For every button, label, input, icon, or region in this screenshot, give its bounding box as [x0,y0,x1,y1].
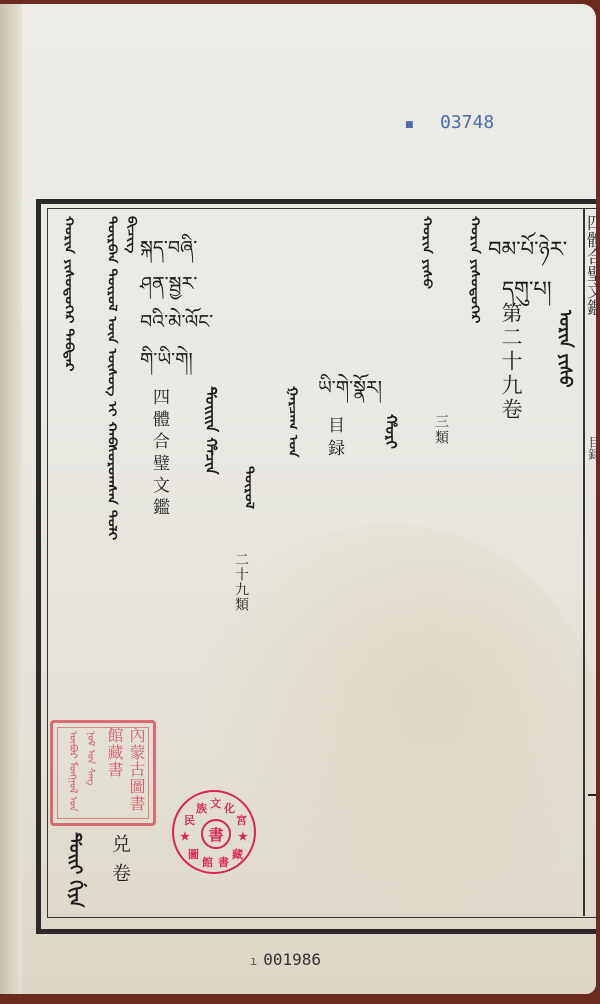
library-seal-round: 民 族 文 化 宮 ★ 藏 書 館 圖 ★ 書 [172,790,256,874]
manchu-book-title: ᡩᡠᡳᡳᠨ ᡥᠠᠴᡳᠨ [198,386,224,576]
manchu-volume-number: ᠣᠷᠢᠨ ᠶᠢᠰᠦ [550,310,580,388]
chinese-volume-label: 第二十九卷 [500,302,521,422]
serial-number-bottom: ı001986 [250,950,321,969]
chinese-contents-label: 目録 [325,416,342,462]
chinese-twenty-nine-categories: 二十九類 [234,552,248,612]
chinese-book-title: 四體合璧文鑑 [150,388,167,520]
fish-tail-page-mark [588,794,596,796]
library-seal-square: ᠥᠪᠥᠷ ᠮᠣᠩᠭᠣᠯ ᠤᠨ ᠨᠣᠮ ᠤᠨ ᠰᠠᠩ 內蒙古圖書館藏書 [50,720,156,826]
seal-chinese-text: 內蒙古圖書館藏書 [103,727,147,823]
seal-mongolian-text: ᠥᠪᠥᠷ ᠮᠣᠩᠭᠣᠯ ᠤᠨ ᠨᠣᠮ ᠤᠨ ᠰᠠᠩ [63,731,103,819]
chinese-three-categories: 三類 [434,414,448,446]
mongolian-book-title-col: ᠳᠦᠷᠪᠡᠨ ᠲᠦᠷᠦᠯ ᠦᠨ ᠦᠰᠦᠭ ᠢ ᠬᠠᠪᠰᠤᠷᠤᠭᠰᠠᠨ ᠲᠣᠯᠢ … [103,216,142,576]
chinese-end-volume: 兑卷 [110,834,129,892]
tibetan-book-title-line4: གི་ཡི་གེ། [140,338,193,392]
star-icon: ★ [238,830,248,843]
mongolian-volume-col-left: ᠬᠣᠷᠢᠨ ᠶᠢᠰᠦᠳᠦᠭᠡᠷ ᠳᠡᠪᠲᠡᠷ [59,216,79,576]
manchu-contents-label: ᡥᠣᡵᡳ [378,414,404,449]
manchu-end-volume: ᡩᡠᡳᡳ ᡤᡳᠶᠠ [60,832,90,912]
mongolian-volume-col-1: ᠬᠣᠷᠢᠨ ᠶᠢᠰᠦᠳᠦᠭᠡᠷ [465,216,485,386]
seal-ring-char: 宮 [236,812,247,828]
seal-ring-char: 書 [218,854,229,870]
star-icon: ★ [180,830,190,843]
seal-ring-char: 族 [196,800,207,816]
seal-ring-char: 館 [202,854,213,870]
seal-ring-char: 化 [224,800,235,816]
book-page: ■ 03748 四體合璧文鑑 目録 བམ་པོ་ཉེར་ དགུ་པ། ᠣᠷᠢᠨ… [0,4,596,994]
seal-ring-char: 民 [184,812,195,828]
serial-number-bottom-value: 001986 [263,950,321,969]
seal-ring-char: 圖 [188,846,199,862]
stamp-dot: ■ [405,120,414,130]
mongolian-volume-col-2: ᠬᠣᠷᠢᠨ ᠶᠢᠰᠦ [417,216,437,386]
seal-center-char: 書 [201,819,231,849]
seal-ring-char: 文 [210,795,221,811]
serial-number-top: 03748 [440,112,494,133]
mongolian-contents-col: ᠭᠠᠷᠴᠠᠭ ᠤᠨ [283,386,303,546]
seal-ring-char: 藏 [232,846,243,862]
tibetan-contents-label: ཡི་གེ་སྣོར། [318,366,382,420]
fish-tail-title: 四體合璧文鑑 [584,214,596,316]
fish-tail-section: 目録 [588,436,596,460]
mongolian-category-col: ᠲᠦᠷᠦᠯ [239,466,259,546]
